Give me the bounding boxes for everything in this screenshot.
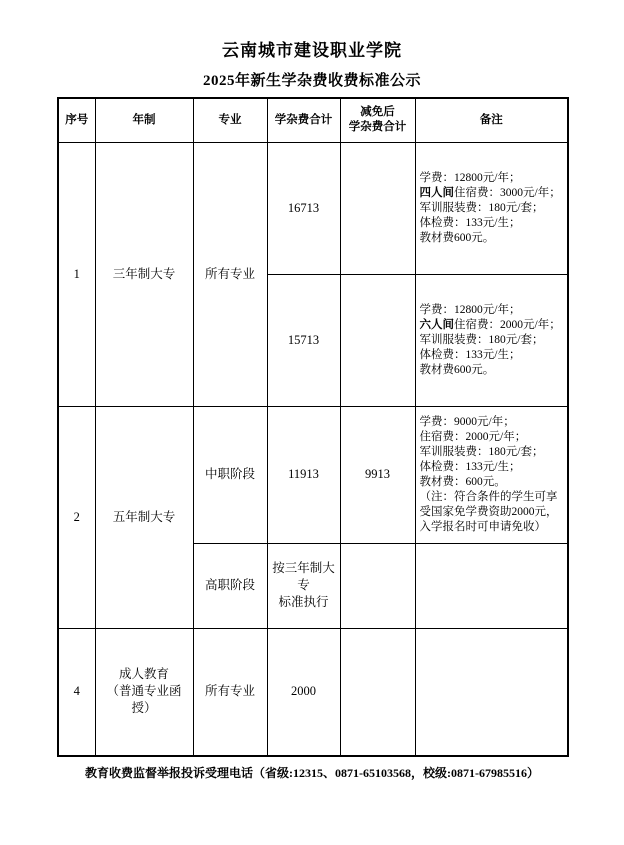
remark-line: 学费：12800元/年； bbox=[420, 303, 565, 318]
remark-line-rest: 住宿费：2000元/年； bbox=[454, 319, 561, 331]
cell-r4-remark bbox=[415, 628, 568, 756]
fee-table: 序号 年制 专业 学杂费合计 减免后 学杂费合计 备注 1 三年制大专 所有专业… bbox=[57, 97, 569, 757]
cell-r4-total: 2000 bbox=[267, 628, 340, 756]
cell-r1-no: 1 bbox=[58, 142, 95, 406]
remark-line-rest: 住宿费：3000元/年； bbox=[454, 187, 561, 199]
cell-r2s1-total: 11913 bbox=[267, 406, 340, 543]
page-title: 云南城市建设职业学院 bbox=[0, 36, 624, 61]
cell-r4-major: 所有专业 bbox=[193, 628, 267, 756]
table-row: 4 成人教育 （普通专业函授） 所有专业 2000 bbox=[58, 628, 568, 756]
cell-r2s2-stage: 高职阶段 bbox=[193, 543, 267, 628]
header-row: 序号 年制 专业 学杂费合计 减免后 学杂费合计 备注 bbox=[58, 98, 568, 142]
cell-r2-year: 五年制大专 bbox=[95, 406, 193, 628]
document-page: 云南城市建设职业学院 2025年新生学杂费收费标准公示 序号 年制 专业 学杂费… bbox=[0, 0, 624, 845]
cell-r4-no: 4 bbox=[58, 628, 95, 756]
col-header-major: 专业 bbox=[193, 98, 267, 142]
remark-bold-room-type: 六人间 bbox=[420, 319, 455, 331]
page-subtitle: 2025年新生学杂费收费标准公示 bbox=[0, 69, 624, 90]
remark-line: 六人间住宿费：2000元/年； bbox=[420, 318, 565, 333]
col-header-no: 序号 bbox=[58, 98, 95, 142]
cell-r2s1-reduced: 9913 bbox=[340, 406, 415, 543]
cell-r4-reduced bbox=[340, 628, 415, 756]
cell-r1-year: 三年制大专 bbox=[95, 142, 193, 406]
remark-bold-room-type: 四人间 bbox=[420, 187, 455, 199]
cell-r1s1-total: 16713 bbox=[267, 142, 340, 274]
cell-r2s2-remark bbox=[415, 543, 568, 628]
cell-r2s2-total: 按三年制大专 标准执行 bbox=[267, 543, 340, 628]
complaint-hotline-footer: 教育收费监督举报投诉受理电话（省级:12315、0871-65103568，校级… bbox=[0, 764, 624, 781]
cell-r2s1-stage: 中职阶段 bbox=[193, 406, 267, 543]
cell-r1s1-remark: 学费：12800元/年； 四人间住宿费：3000元/年； 军训服装费：180元/… bbox=[415, 142, 568, 274]
cell-r1s2-remark: 学费：12800元/年； 六人间住宿费：2000元/年； 军训服装费：180元/… bbox=[415, 274, 568, 406]
cell-r1s2-reduced bbox=[340, 274, 415, 406]
table-row: 2 五年制大专 中职阶段 11913 9913 学费：9000元/年； 住宿费：… bbox=[58, 406, 568, 543]
cell-r2-no: 2 bbox=[58, 406, 95, 628]
cell-r2s1-remark: 学费：9000元/年； 住宿费：2000元/年； 军训服装费：180元/套； 体… bbox=[415, 406, 568, 543]
cell-r4-year: 成人教育 （普通专业函授） bbox=[95, 628, 193, 756]
remark-line: 四人间住宿费：3000元/年； bbox=[420, 186, 565, 201]
col-header-remark: 备注 bbox=[415, 98, 568, 142]
table-row: 1 三年制大专 所有专业 16713 学费：12800元/年； 四人间住宿费：3… bbox=[58, 142, 568, 274]
col-header-reduced: 减免后 学杂费合计 bbox=[340, 98, 415, 142]
cell-r1-major: 所有专业 bbox=[193, 142, 267, 406]
cell-r2s2-reduced bbox=[340, 543, 415, 628]
remark-line: 学费：12800元/年； bbox=[420, 171, 565, 186]
col-header-year: 年制 bbox=[95, 98, 193, 142]
remark-tail: 军训服装费：180元/套； 体检费：133元/生； 教材费600元。 bbox=[420, 201, 565, 246]
cell-r1s2-total: 15713 bbox=[267, 274, 340, 406]
cell-r1s1-reduced bbox=[340, 142, 415, 274]
col-header-total: 学杂费合计 bbox=[267, 98, 340, 142]
remark-tail: 军训服装费：180元/套； 体检费：133元/生； 教材费600元。 bbox=[420, 333, 565, 378]
